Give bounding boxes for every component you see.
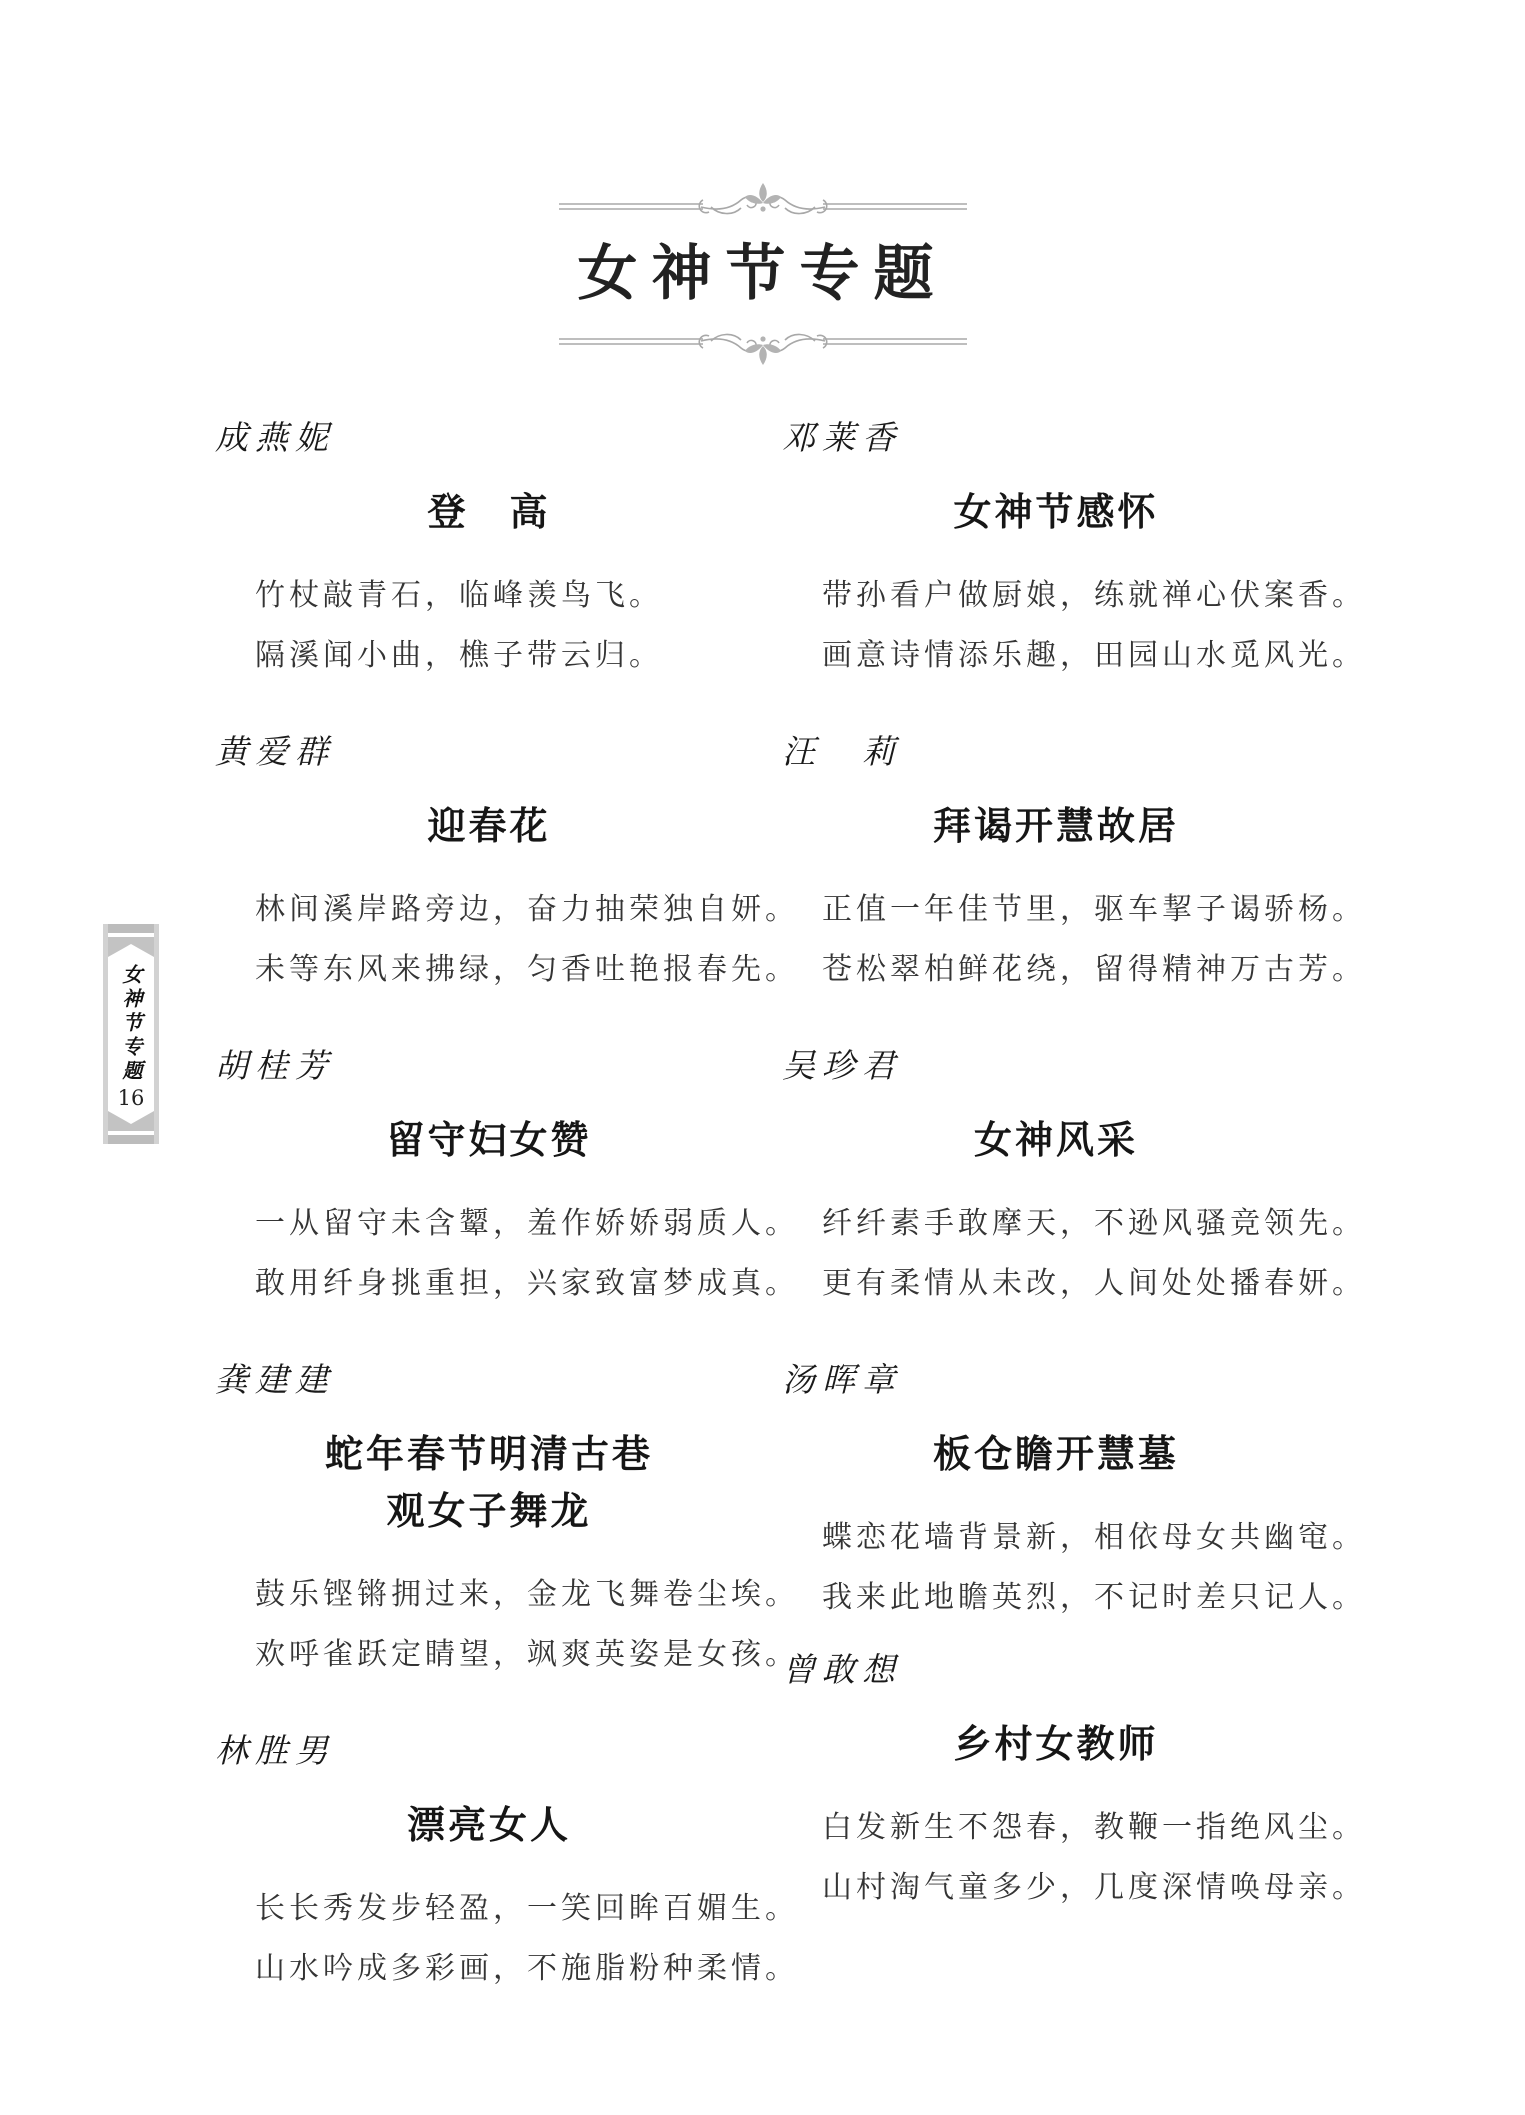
poem-line: 带孙看户做厨娘，练就禅心伏案香。 (782, 566, 1330, 626)
poem-line: 一从留守未含颦，羞作娇娇弱质人。 (215, 1194, 763, 1254)
right-column: 邓莱香 女神节感怀 带孙看户做厨娘，练就禅心伏案香。 画意诗情添乐趣，田园山水觅… (782, 412, 1330, 2039)
poem-title: 拜谒开慧故居 (782, 797, 1330, 854)
poem-title-line: 女神节感怀 (782, 483, 1330, 540)
poem-section: 林胜男 漂亮女人 长长秀发步轻盈，一笑回眸百媚生。 山水吟成多彩画，不施脂粉种柔… (215, 1725, 763, 1999)
poem-columns: 成燕妮 登 高 竹杖敲青石，临峰羡鸟飞。 隔溪闻小曲，樵子带云归。 黄爱群 迎春… (0, 370, 1525, 2039)
ornament-divider-top (553, 178, 973, 234)
poem-title: 乡村女教师 (782, 1715, 1330, 1772)
poem-line: 隔溪闻小曲，樵子带云归。 (215, 626, 763, 686)
poem-section: 汤晖章 板仓瞻开慧墓 蝶恋花墙背景新，相依母女共幽窀。 我来此地瞻英烈，不记时差… (782, 1354, 1330, 1628)
poem-title-line: 乡村女教师 (782, 1715, 1330, 1772)
sidebar-page-number: 16 (118, 1086, 145, 1110)
poem-line: 鼓乐铿锵拥过来，金龙飞舞卷尘埃。 (215, 1565, 763, 1625)
sidebar-section-tab: 女神节专题 16 (103, 924, 159, 1144)
poem-section: 曾敢想 乡村女教师 白发新生不怨春，教鞭一指绝风尘。 山村淘气童多少，几度深情唤… (782, 1644, 1330, 1918)
poem-title: 迎春花 (215, 797, 763, 854)
poem-line: 山水吟成多彩画，不施脂粉种柔情。 (215, 1939, 763, 1999)
poem-author: 邓莱香 (782, 412, 1330, 459)
poem-section: 汪 莉 拜谒开慧故居 正值一年佳节里，驱车挈子谒骄杨。 苍松翠柏鲜花绕，留得精神… (782, 726, 1330, 1000)
poem-title-line: 迎春花 (215, 797, 763, 854)
poem-author: 汪 莉 (782, 726, 1330, 773)
poem-author: 曾敢想 (782, 1644, 1330, 1691)
poem-title-line: 女神风采 (782, 1111, 1330, 1168)
poem-line: 蝶恋花墙背景新，相依母女共幽窀。 (782, 1508, 1330, 1568)
poem-line: 更有柔情从未改，人间处处播春妍。 (782, 1254, 1330, 1314)
poem-author: 龚建建 (215, 1354, 763, 1401)
poem-author: 胡桂芳 (215, 1040, 763, 1087)
poem-title: 留守妇女赞 (215, 1111, 763, 1168)
poem-line: 画意诗情添乐趣，田园山水觅风光。 (782, 626, 1330, 686)
poem-title: 板仓瞻开慧墓 (782, 1425, 1330, 1482)
ribbon-top-icon (108, 924, 154, 958)
ornament-divider-bottom (553, 314, 973, 370)
poem-title: 女神节感怀 (782, 483, 1330, 540)
poem-section: 黄爱群 迎春花 林间溪岸路旁边，奋力抽荣独自妍。 未等东风来拂绿，匀香吐艳报春先… (215, 726, 763, 1000)
poem-title: 登 高 (215, 483, 763, 540)
poem-section: 成燕妮 登 高 竹杖敲青石，临峰羡鸟飞。 隔溪闻小曲，樵子带云归。 (215, 412, 763, 686)
sidebar-tab-label: 女神节专题 (118, 964, 144, 1084)
poem-title-line: 拜谒开慧故居 (782, 797, 1330, 854)
poem-title-line: 登 高 (215, 483, 763, 540)
poem-title: 漂亮女人 (215, 1796, 763, 1853)
poem-title: 女神风采 (782, 1111, 1330, 1168)
poem-line: 纤纤素手敢摩天，不逊风骚竞领先。 (782, 1194, 1330, 1254)
page-title: 女神节专题 (548, 234, 978, 314)
page-header: 女神节专题 (548, 178, 978, 370)
ribbon-bottom-icon (108, 1110, 154, 1144)
poem-section: 邓莱香 女神节感怀 带孙看户做厨娘，练就禅心伏案香。 画意诗情添乐趣，田园山水觅… (782, 412, 1330, 686)
poem-line: 正值一年佳节里，驱车挈子谒骄杨。 (782, 880, 1330, 940)
poem-line: 未等东风来拂绿，匀香吐艳报春先。 (215, 940, 763, 1000)
poem-line: 竹杖敲青石，临峰羡鸟飞。 (215, 566, 763, 626)
poem-line: 欢呼雀跃定睛望，飒爽英姿是女孩。 (215, 1625, 763, 1685)
poem-section: 胡桂芳 留守妇女赞 一从留守未含颦，羞作娇娇弱质人。 敢用纤身挑重担，兴家致富梦… (215, 1040, 763, 1314)
poem-line: 长长秀发步轻盈，一笑回眸百媚生。 (215, 1879, 763, 1939)
poem-author: 成燕妮 (215, 412, 763, 459)
poem-author: 林胜男 (215, 1725, 763, 1772)
poem-title-line: 留守妇女赞 (215, 1111, 763, 1168)
poem-author: 汤晖章 (782, 1354, 1330, 1401)
poem-line: 山村淘气童多少，几度深情唤母亲。 (782, 1858, 1330, 1918)
poem-line: 白发新生不怨春，教鞭一指绝风尘。 (782, 1798, 1330, 1858)
poem-line: 苍松翠柏鲜花绕，留得精神万古芳。 (782, 940, 1330, 1000)
poem-title-line: 观女子舞龙 (215, 1482, 763, 1539)
poem-author: 黄爱群 (215, 726, 763, 773)
poem-section: 吴珍君 女神风采 纤纤素手敢摩天，不逊风骚竞领先。 更有柔情从未改，人间处处播春… (782, 1040, 1330, 1314)
poem-author: 吴珍君 (782, 1040, 1330, 1087)
poem-line: 我来此地瞻英烈，不记时差只记人。 (782, 1568, 1330, 1628)
left-column: 成燕妮 登 高 竹杖敲青石，临峰羡鸟飞。 隔溪闻小曲，樵子带云归。 黄爱群 迎春… (215, 412, 763, 2039)
poem-title-line: 板仓瞻开慧墓 (782, 1425, 1330, 1482)
poem-title-line: 漂亮女人 (215, 1796, 763, 1853)
poem-title-line: 蛇年春节明清古巷 (215, 1425, 763, 1482)
poem-line: 敢用纤身挑重担，兴家致富梦成真。 (215, 1254, 763, 1314)
poem-section: 龚建建 蛇年春节明清古巷 观女子舞龙 鼓乐铿锵拥过来，金龙飞舞卷尘埃。 欢呼雀跃… (215, 1354, 763, 1685)
poem-title: 蛇年春节明清古巷 观女子舞龙 (215, 1425, 763, 1539)
poem-line: 林间溪岸路旁边，奋力抽荣独自妍。 (215, 880, 763, 940)
